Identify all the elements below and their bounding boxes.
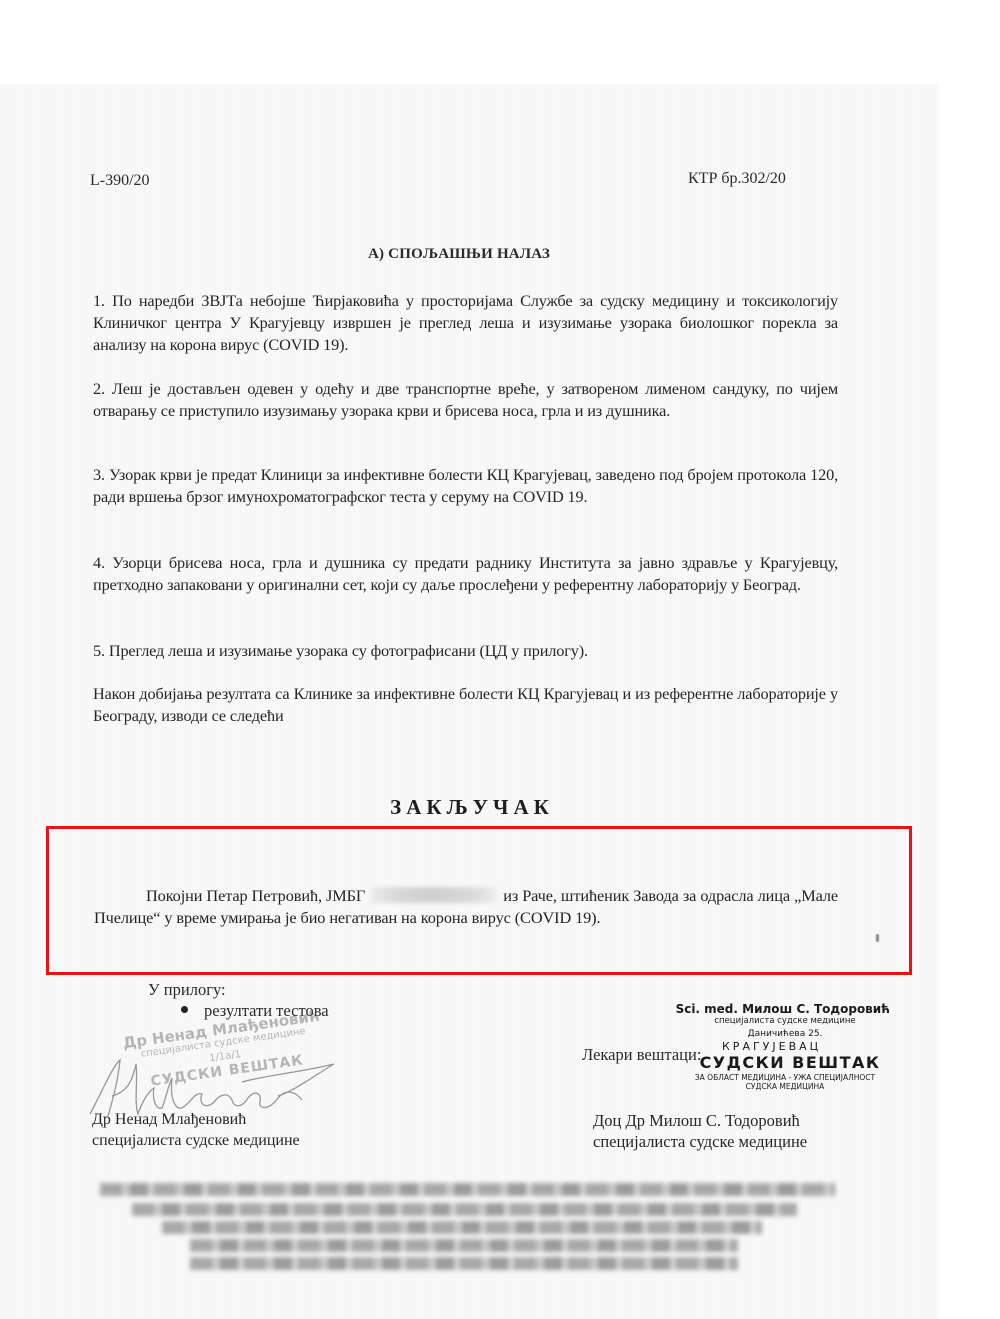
redacted-footer <box>90 1175 850 1275</box>
stamp-right-line2: специјалиста судске медицине <box>670 1016 900 1026</box>
redacted-footer-line <box>190 1239 738 1252</box>
case-reference-left: L-390/20 <box>90 172 150 190</box>
stamp-right-line5: СУДСКИ ВЕШТАК <box>670 1053 900 1072</box>
scan-mark <box>876 934 879 942</box>
redacted-footer-line <box>162 1221 762 1234</box>
experts-label: Лекари вештаци: <box>582 1045 701 1065</box>
stamp-right-line4: КРАГУЈЕВАЦ <box>670 1040 900 1053</box>
section-heading: А) СПОЉАШЊИ НАЛАЗ <box>0 246 938 263</box>
redacted-footer-line <box>132 1203 797 1216</box>
finding-paragraph-1: 1. По наредби ЗВЈТа небојше Ћирјаковића … <box>93 290 838 356</box>
redacted-footer-line <box>100 1183 835 1196</box>
results-intro-paragraph: Након добијања резултата са Клинике за и… <box>93 683 838 727</box>
left-doctor-name: Др Ненад Млађеновић <box>92 1111 246 1129</box>
conclusion-title-text: ЗАКЉУЧАК <box>390 795 554 819</box>
case-reference-right: КТР бр.302/20 <box>688 170 786 188</box>
stamp-right-line1: Sci. med. Милош С. Тодоровић <box>670 1002 900 1016</box>
attachments-label: У прилогу: <box>148 980 226 1000</box>
stamp-right-line6: ЗА ОБЛАСТ МЕДИЦИНА - УЖА СПЕЦИЈАЛНОСТ <box>670 1073 900 1082</box>
conclusion-text-start: Покојни Петар Петровић, ЈМБГ <box>146 886 365 905</box>
finding-paragraph-5: 5. Преглед леша и изузимање узорака су ф… <box>93 640 838 662</box>
right-doctor-name: Доц Др Милош С. Тодоровић <box>593 1111 800 1131</box>
redacted-footer-line <box>190 1257 738 1270</box>
section-heading-text: А) СПОЉАШЊИ НАЛАЗ <box>368 246 550 262</box>
stamp-right-line7: СУДСКА МЕДИЦИНА <box>670 1082 900 1091</box>
left-doctor-title: специјалиста судске медицине <box>92 1132 300 1150</box>
bullet-icon <box>181 1006 188 1013</box>
right-doctor-title: специјалиста судске медицине <box>593 1132 807 1152</box>
stamp-right-line3: Даничићева 25. <box>670 1029 900 1039</box>
finding-paragraph-4: 4. Узорци брисева носа, грла и душника с… <box>93 552 838 596</box>
conclusion-title: ЗАКЉУЧАК <box>0 795 938 820</box>
finding-paragraph-2: 2. Леш је достављен одевен у одећу и две… <box>93 378 838 422</box>
redacted-jmbg <box>371 887 497 903</box>
finding-paragraph-3: 3. Узорак крви је предат Клиници за инфе… <box>93 464 838 508</box>
right-doctor-stamp: Sci. med. Милош С. Тодоровић специјалист… <box>670 1002 900 1091</box>
conclusion-text: Покојни Петар Петровић, ЈМБГиз Раче, шти… <box>94 885 838 929</box>
